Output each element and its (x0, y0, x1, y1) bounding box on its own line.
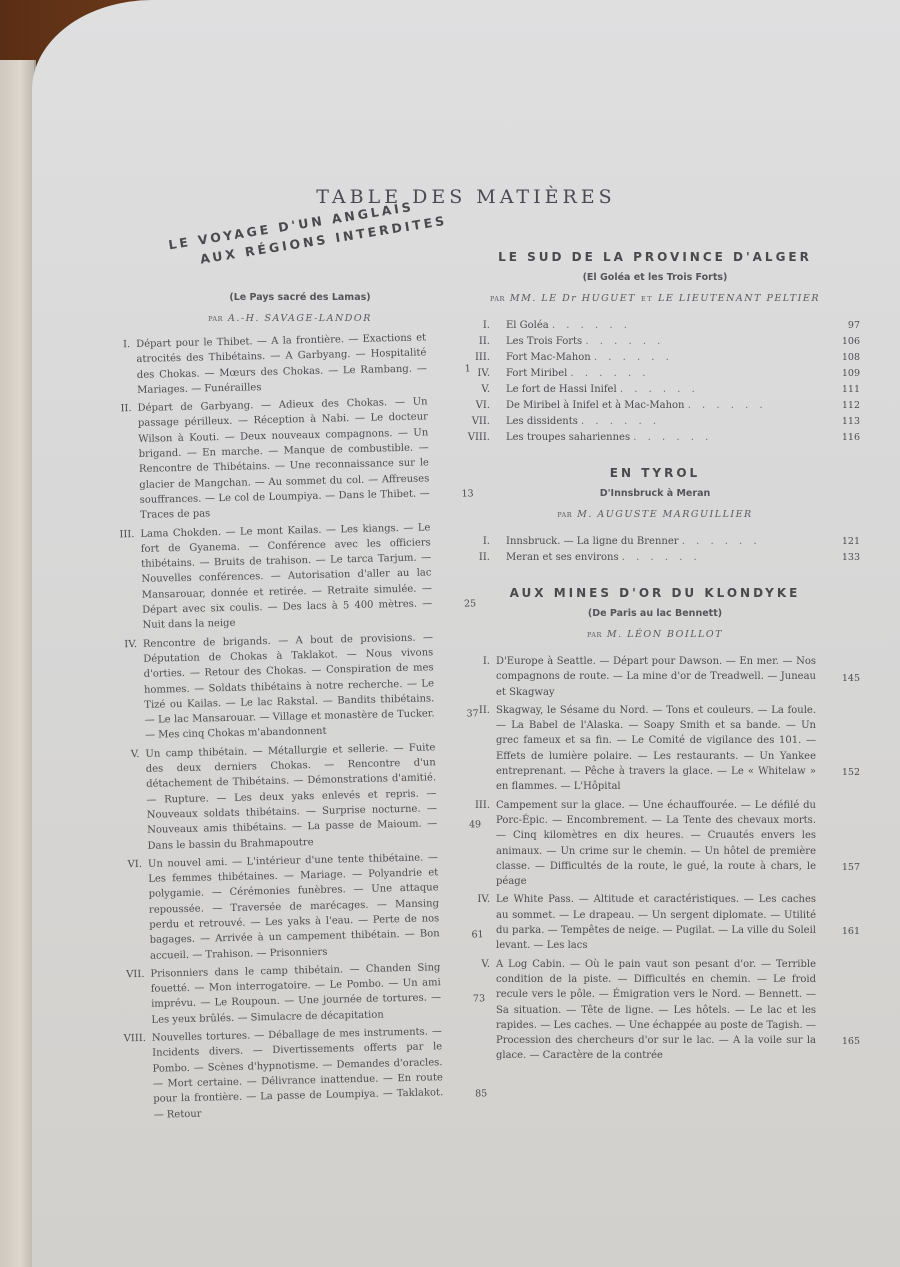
toc-entry[interactable]: VII.Prisonniers dans le camp thibétain. … (104, 959, 485, 1029)
page-title: TABLE DES MATIÈRES (32, 186, 900, 208)
toc-entry[interactable]: VII.Les dissidents . . . . . .113 (450, 414, 860, 430)
toc-entry[interactable]: VI.De Miribel à Inifel et à Mac-Mahon . … (450, 398, 860, 414)
toc-entry[interactable]: VIII.Nouvelles tortures. — Déballage de … (106, 1023, 488, 1123)
toc-entry[interactable]: II.Les Trois Forts . . . . . .106 (450, 334, 860, 350)
toc-entry[interactable]: II.Skagway, le Sésame du Nord. — Tons et… (450, 703, 860, 795)
toc-entry[interactable]: II.Départ de Garbyang. — Adieux des Chok… (91, 394, 474, 525)
section-subtitle: D'Innsbruck à Meran (450, 488, 860, 499)
toc-entry[interactable]: I.Innsbruck. — La ligne du Brenner . . .… (450, 534, 860, 550)
toc-entry[interactable]: VI.Un nouvel ami. — L'intérieur d'une te… (102, 849, 484, 965)
facing-page-edge (0, 60, 36, 1267)
section-author: PARA.-H. SAVAGE-LANDOR (110, 313, 470, 324)
toc-entry[interactable]: IV.Rencontre de brigands. — A bout de pr… (97, 629, 479, 745)
section-subtitle: (Le Pays sacré des Lamas) (130, 292, 470, 303)
toc-entry[interactable]: III.Campement sur la glace. — Une échauf… (450, 798, 860, 890)
section-author: PARM. AUGUSTE MARGUILLIER (450, 509, 860, 520)
right-column: LE SUD DE LA PROVINCE D'ALGER (El Goléa … (450, 250, 860, 1084)
section-subtitle: (El Goléa et les Trois Forts) (450, 272, 860, 283)
toc-entry[interactable]: I.D'Europe à Seattle. — Départ pour Daws… (450, 654, 860, 700)
toc-entry[interactable]: VIII.Les troupes sahariennes . . . . . .… (450, 430, 860, 446)
par-label: PAR (208, 315, 223, 323)
chapter-list: I.Innsbruck. — La ligne du Brenner . . .… (450, 534, 860, 566)
section-subtitle: (De Paris au lac Bennett) (450, 608, 860, 619)
section-author: PARM. LÉON BOILLOT (450, 629, 860, 640)
toc-entry[interactable]: I.El Goléa . . . . . .97 (450, 318, 860, 334)
toc-entry[interactable]: III.Fort Mac-Mahon . . . . . .108 (450, 350, 860, 366)
section-title: AUX MINES D'OR DU KLONDYKE (450, 586, 860, 600)
author-name: A.-H. SAVAGE-LANDOR (228, 313, 372, 324)
book-page: TABLE DES MATIÈRES LE VOYAGE D'UN ANGLAI… (32, 0, 900, 1267)
toc-entry[interactable]: IV.Fort Miribel . . . . . .109 (450, 366, 860, 382)
chapter-list: I.D'Europe à Seattle. — Départ pour Daws… (450, 654, 860, 1064)
section-province-alger: LE SUD DE LA PROVINCE D'ALGER (El Goléa … (450, 250, 860, 446)
section-en-tyrol: EN TYROL D'Innsbruck à Meran PARM. AUGUS… (450, 466, 860, 566)
section-author: PARMM. LE Dr HUGUETETLE LIEUTENANT PELTI… (450, 293, 860, 304)
section-title: EN TYROL (450, 466, 860, 480)
section-savage-landor: LE VOYAGE D'UN ANGLAIS AUX RÉGIONS INTER… (90, 250, 470, 1124)
page-number: 85 (453, 1086, 487, 1102)
toc-entry[interactable]: IV.Le White Pass. — Altitude et caractér… (450, 892, 860, 953)
chapter-list: I.El Goléa . . . . . .97 II.Les Trois Fo… (450, 318, 860, 446)
toc-entry[interactable]: V.A Log Cabin. — Où le pain vaut son pes… (450, 957, 860, 1064)
toc-entry[interactable]: I.Départ pour le Thibet. — A la frontièr… (90, 329, 471, 399)
left-column: LE VOYAGE D'UN ANGLAIS AUX RÉGIONS INTER… (90, 250, 470, 1144)
section-klondyke: AUX MINES D'OR DU KLONDYKE (De Paris au … (450, 586, 860, 1064)
toc-entry[interactable]: V.Le fort de Hassi Inifel . . . . . .111 (450, 382, 860, 398)
section-title: LE SUD DE LA PROVINCE D'ALGER (450, 250, 860, 264)
toc-entry[interactable]: III.Lama Chokden. — Le mont Kailas. — Le… (94, 519, 476, 635)
toc-entry[interactable]: II.Meran et ses environs . . . . . .133 (450, 550, 860, 566)
chapter-list: I.Départ pour le Thibet. — A la frontièr… (90, 329, 488, 1123)
toc-entry[interactable]: V.Un camp thibétain. — Métallurgie et se… (99, 739, 481, 855)
